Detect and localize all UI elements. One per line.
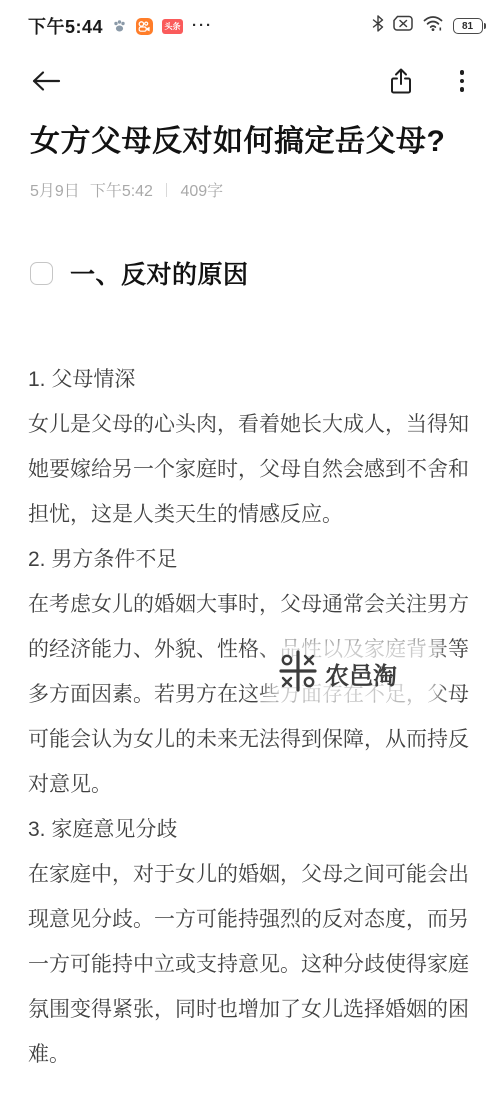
bluetooth-icon [372, 15, 384, 37]
note-meta: 5月9日 下午5:42 409字 [30, 178, 470, 201]
note-date: 5月9日 [30, 178, 80, 201]
meta-divider [166, 183, 168, 197]
checklist-heading-row: 一、反对的原因 [30, 255, 470, 291]
section-paragraph: 女儿是父母的心头肉，看着她长大成人，当得知她要嫁给另一个家庭时，父母自然会感到不… [28, 402, 474, 537]
section-heading: 一、反对的原因 [70, 255, 249, 291]
section-subtitle: 3. 家庭意见分歧 [28, 807, 474, 852]
battery-icon: 81 [453, 18, 487, 34]
more-menu-icon[interactable] [460, 70, 465, 92]
toutiao-notification-icon: 头条 [162, 19, 183, 34]
kuaishou-notification-icon [136, 18, 153, 35]
wifi-icon [423, 15, 444, 37]
section-subtitle: 2. 男方条件不足 [28, 537, 474, 582]
note-edit-time: 下午5:42 [90, 178, 153, 201]
battery-percent: 81 [453, 18, 483, 34]
note-title: 女方父母反对如何搞定岳父母? [30, 122, 470, 162]
section-paragraph: 在家庭中，对于女儿的婚姻，父母之间可能会出现意见分歧。一方可能持强烈的反对态度，… [28, 852, 474, 1077]
section-paragraph: 在考虑女儿的婚姻大事时，父母通常会关注男方的经济能力、外貌、性格、品性以及家庭背… [28, 582, 474, 807]
note-word-count: 409字 [180, 178, 223, 201]
sim-disabled-icon [393, 15, 414, 37]
status-time: 下午5:44 [28, 13, 103, 39]
more-notifications-indicator: ··· [192, 21, 213, 31]
nav-bar [0, 50, 500, 112]
paw-notification-icon [112, 19, 127, 34]
checkbox-unchecked[interactable] [30, 262, 53, 285]
share-icon[interactable] [388, 67, 414, 95]
back-button[interactable] [30, 70, 62, 92]
notes-app-screen: 下午5:44 头条 ··· [0, 0, 500, 1097]
note-body[interactable]: 1. 父母情深 女儿是父母的心头肉，看着她长大成人，当得知她要嫁给另一个家庭时，… [28, 357, 474, 1077]
status-bar: 下午5:44 头条 ··· [0, 0, 500, 44]
section-subtitle: 1. 父母情深 [28, 357, 474, 402]
